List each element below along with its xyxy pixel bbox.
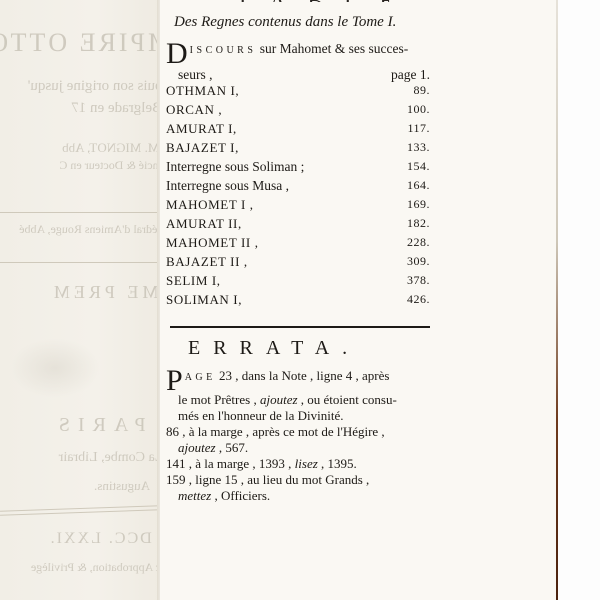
bleed-rule bbox=[0, 262, 160, 263]
toc-row: MAHOMET I ,169. bbox=[166, 195, 430, 214]
bleed-publisher: de La Combe, Librair bbox=[0, 450, 160, 466]
toc-row: AMURAT I,117. bbox=[166, 119, 430, 138]
errata-text: le mot Prêtres , bbox=[178, 392, 257, 407]
toc-title: Interregne sous Soliman ; bbox=[166, 157, 304, 176]
toc-title: Interregne sous Musa , bbox=[166, 176, 289, 195]
drop-cap: P bbox=[166, 370, 183, 392]
toc-page: 426. bbox=[407, 290, 430, 309]
bleed-line: Depuis son origine jusqu' bbox=[0, 78, 160, 95]
toc-page: 117. bbox=[407, 119, 430, 138]
bleed-line: Licencié & Docteur en C bbox=[0, 158, 160, 173]
errata-entry: 141 , à la marge , 1393 , lisez , 1395. bbox=[166, 456, 432, 472]
lead-text: sur Mahomet & ses succes- bbox=[260, 41, 408, 56]
errata-correction-word: ajoutez bbox=[178, 440, 216, 455]
section-divider-rule bbox=[170, 326, 430, 328]
errata-text: 141 , à la marge , 1393 , bbox=[166, 456, 291, 471]
toc-page: 309. bbox=[407, 252, 430, 271]
errata-small-caps: AGE bbox=[185, 372, 216, 383]
bleed-approbation: Avec Approbation, & Privilège bbox=[0, 560, 160, 575]
errata-heading: ERRATA. bbox=[188, 337, 360, 360]
toc-row: BAJAZET II ,309. bbox=[166, 252, 430, 271]
page-heading-cropped: TABLE bbox=[236, 0, 415, 2]
toc-page: 378. bbox=[407, 271, 430, 290]
page-subtitle: Des Regnes contenus dans le Tome I. bbox=[174, 14, 396, 31]
toc-title: BAJAZET I, bbox=[166, 138, 239, 157]
toc-title: AMURAT I, bbox=[166, 119, 237, 138]
errata-text: , ou étoient consu- bbox=[301, 392, 397, 407]
toc-row: SOLIMAN I,426. bbox=[166, 290, 430, 309]
drop-cap: D bbox=[166, 42, 188, 66]
toc-row: OTHMAN I,89. bbox=[166, 81, 430, 100]
toc-row: MAHOMET II ,228. bbox=[166, 233, 430, 252]
background bbox=[558, 0, 600, 600]
bleed-imprint-city: A PARIS bbox=[0, 414, 160, 437]
book-photo: EMPIRE OTTO Depuis son origine jusqu' de… bbox=[0, 0, 600, 600]
toc-title: SOLIMAN I, bbox=[166, 290, 242, 309]
toc-title: ORCAN , bbox=[166, 100, 222, 119]
errata-text: 86 , à la marge , après ce mot de l'Hégi… bbox=[166, 424, 385, 439]
errata-text: més en l'honneur de la Divinité. bbox=[166, 408, 432, 424]
errata-text: 159 , ligne 15 , au lieu du mot Grands , bbox=[166, 472, 369, 487]
toc-page: 228. bbox=[407, 233, 430, 252]
errata-list: P AGE 23 , dans la Note , ligne 4 , aprè… bbox=[166, 368, 432, 504]
bleed-rule bbox=[0, 212, 160, 213]
left-facing-page: EMPIRE OTTO Depuis son origine jusqu' de… bbox=[0, 0, 160, 600]
bleed-line: de Belgrade en 17 bbox=[0, 100, 160, 117]
toc-title: SELIM I, bbox=[166, 271, 221, 290]
errata-correction-word: ajoutez bbox=[260, 392, 298, 407]
bleed-line: Ha bbox=[0, 238, 160, 250]
toc-row: SELIM I,378. bbox=[166, 271, 430, 290]
bleed-line: Par M. MIGNOT, Abb bbox=[0, 140, 160, 156]
toc-row: AMURAT II,182. bbox=[166, 214, 430, 233]
bleed-ornament-icon bbox=[10, 338, 100, 398]
errata-text: , 567. bbox=[219, 440, 248, 455]
toc-page: 133. bbox=[407, 138, 430, 157]
lead-small-caps: ISCOURS bbox=[190, 45, 257, 56]
bleed-line: Cathédral d'Amiens Rouge, Abbé bbox=[0, 222, 160, 237]
errata-correction-word: lisez bbox=[295, 456, 318, 471]
toc-row: Interregne sous Musa ,164. bbox=[166, 176, 430, 195]
toc-row: BAJAZET I,133. bbox=[166, 138, 430, 157]
bleed-title: EMPIRE OTTO bbox=[0, 28, 160, 58]
toc-title: BAJAZET II , bbox=[166, 252, 248, 271]
toc-page: 182. bbox=[407, 214, 430, 233]
toc-list: OTHMAN I,89. ORCAN ,100. AMURAT I,117. B… bbox=[166, 81, 430, 309]
bleed-date: M. DCC. LXXI. bbox=[0, 530, 160, 548]
errata-text: , Officiers. bbox=[214, 488, 270, 503]
errata-entry: 86 , à la marge , après ce mot de l'Hégi… bbox=[166, 424, 432, 456]
toc-page: 100. bbox=[407, 100, 430, 119]
right-page: TABLE Des Regnes contenus dans le Tome I… bbox=[160, 0, 558, 600]
toc-page: 89. bbox=[414, 81, 431, 100]
bleed-tome: TOME PREM bbox=[0, 282, 160, 303]
toc-page: 154. bbox=[407, 157, 430, 176]
toc-page: 169. bbox=[407, 195, 430, 214]
toc-row: Interregne sous Soliman ;154. bbox=[166, 157, 430, 176]
toc-title: OTHMAN I, bbox=[166, 81, 239, 100]
toc-page: 164. bbox=[407, 176, 430, 195]
errata-entry: P AGE 23 , dans la Note , ligne 4 , aprè… bbox=[166, 368, 432, 424]
errata-text: 23 , dans la Note , ligne 4 , après bbox=[219, 368, 389, 383]
errata-entry: 159 , ligne 15 , au lieu du mot Grands ,… bbox=[166, 472, 432, 504]
toc-row: ORCAN ,100. bbox=[166, 100, 430, 119]
errata-text: , 1395. bbox=[321, 456, 357, 471]
errata-correction-word: mettez bbox=[178, 488, 211, 503]
toc-title: MAHOMET II , bbox=[166, 233, 259, 252]
toc-lead-entry: D ISCOURS sur Mahomet & ses succes- seur… bbox=[166, 40, 430, 83]
toc-title: MAHOMET I , bbox=[166, 195, 254, 214]
bleed-address: Augustins. bbox=[0, 478, 150, 494]
toc-title: AMURAT II, bbox=[166, 214, 242, 233]
